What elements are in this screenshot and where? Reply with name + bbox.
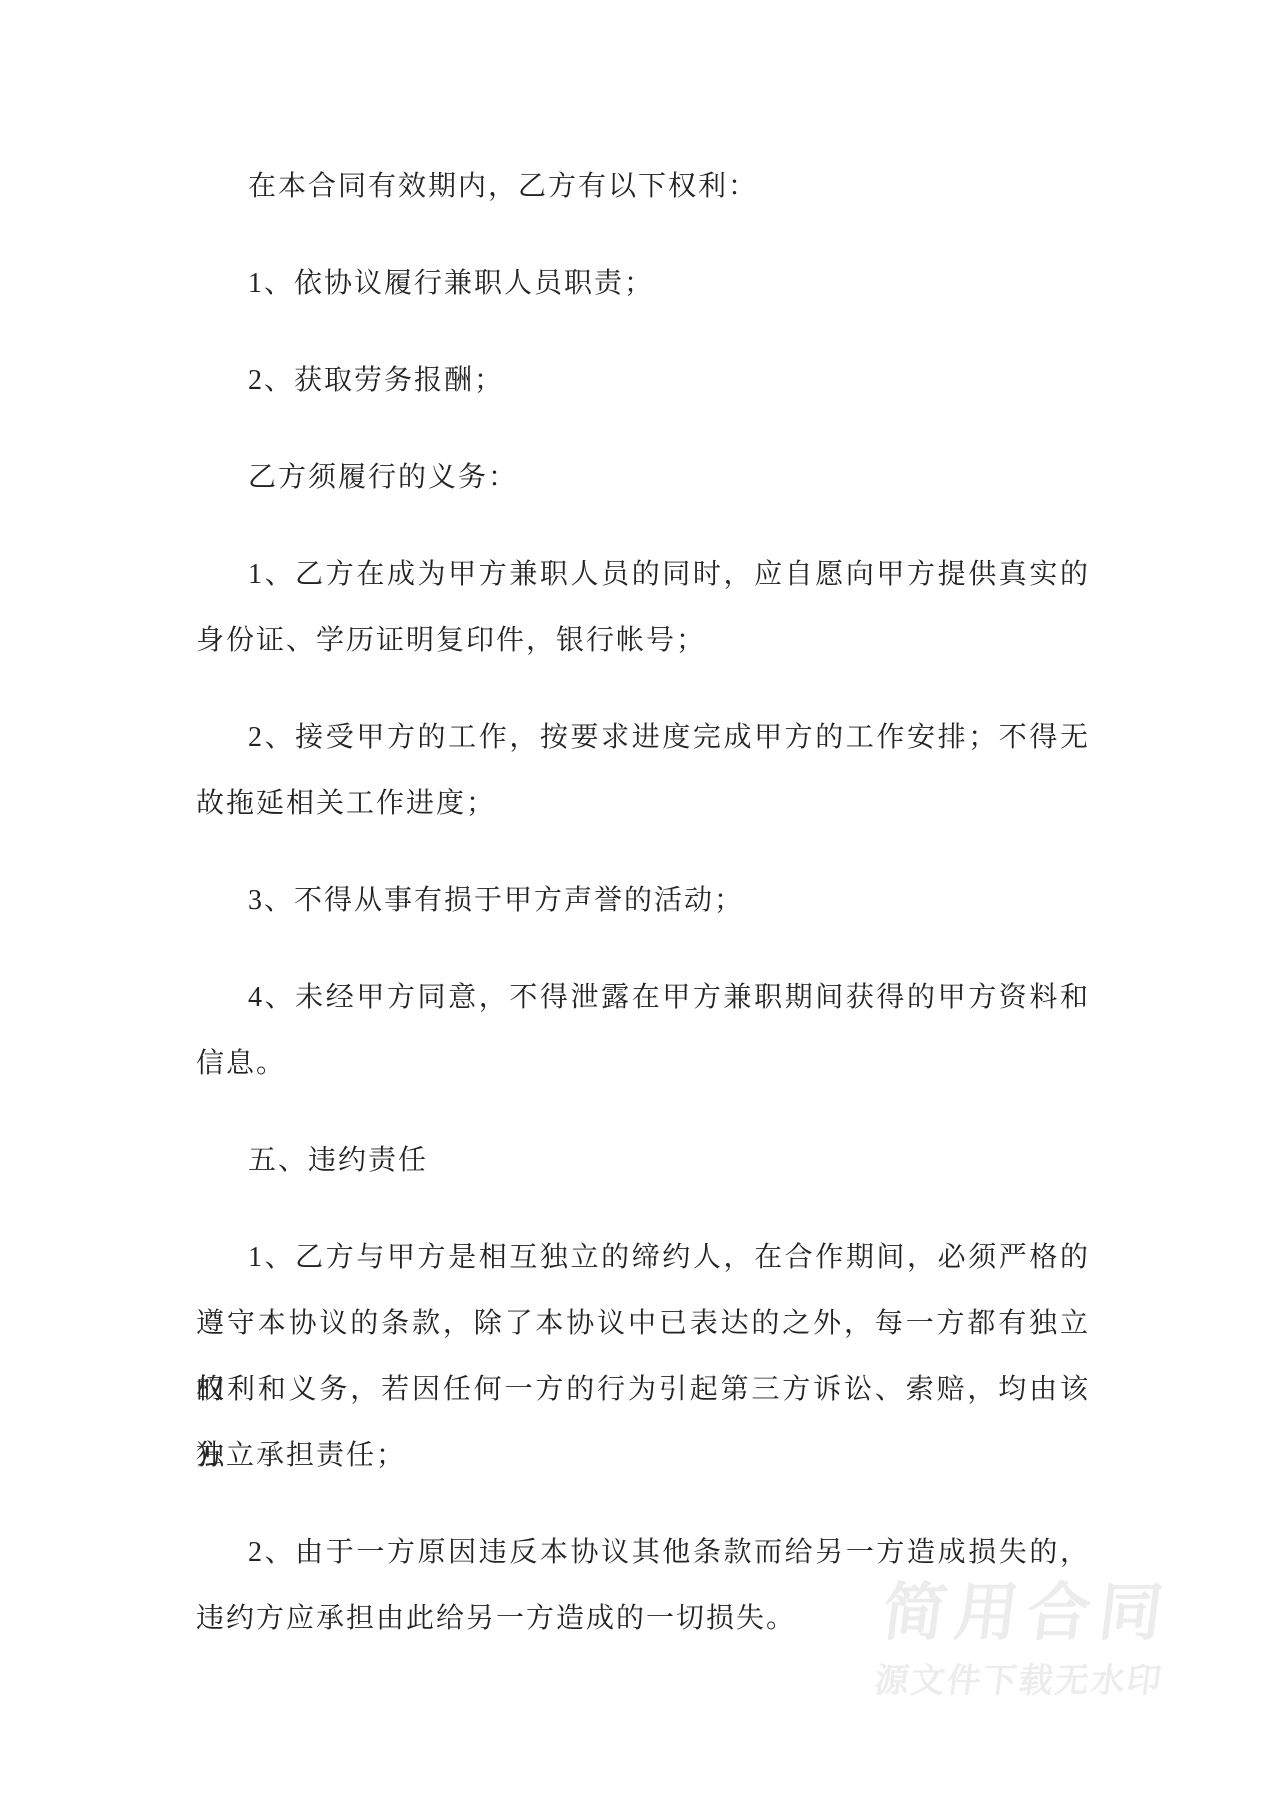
paragraph: 1、乙方在成为甲方兼职人员的同时，应自愿向甲方提供真实的 身份证、学历证明复印件… — [196, 542, 1090, 674]
paragraph-line: 身份证、学历证明复印件，银行帐号； — [196, 608, 1090, 674]
paragraph: 2、获取劳务报酬； — [196, 348, 1090, 414]
paragraph-line: 信息。 — [196, 1031, 1090, 1097]
watermark-tagline-text: 源文件下载无水印 — [873, 1662, 1166, 1700]
paragraph-line: 1、乙方在成为甲方兼职人员的同时，应自愿向甲方提供真实的 — [196, 542, 1090, 608]
paragraph-line: 独立承担责任； — [196, 1423, 1090, 1489]
paragraph-line: 故拖延相关工作进度； — [196, 771, 1090, 837]
paragraph: 在本合同有效期内，乙方有以下权利： — [196, 154, 1090, 220]
paragraph-line: 乙方须履行的义务： — [196, 445, 1090, 511]
contract-body: 在本合同有效期内，乙方有以下权利： 1、依协议履行兼职人员职责； 2、获取劳务报… — [196, 154, 1090, 1683]
paragraph-line: 在本合同有效期内，乙方有以下权利： — [196, 154, 1090, 220]
paragraph-line: 3、不得从事有损于甲方声誉的活动； — [196, 868, 1090, 934]
paragraph-line: 1、依协议履行兼职人员职责； — [196, 251, 1090, 317]
paragraph: 1、依协议履行兼职人员职责； — [196, 251, 1090, 317]
paragraph-line: 2、由于一方原因违反本协议其他条款而给另一方造成损失的， — [196, 1520, 1090, 1586]
paragraph-line: 2、接受甲方的工作，按要求进度完成甲方的工作安排；不得无 — [196, 705, 1090, 771]
paragraph: 1、乙方与甲方是相互独立的缔约人，在合作期间，必须严格的 遵守本协议的条款，除了… — [196, 1225, 1090, 1489]
paragraph: 4、未经甲方同意，不得泄露在甲方兼职期间获得的甲方资料和 信息。 — [196, 965, 1090, 1097]
paragraph-line: 2、获取劳务报酬； — [196, 348, 1090, 414]
document-page: 在本合同有效期内，乙方有以下权利： 1、依协议履行兼职人员职责； 2、获取劳务报… — [0, 0, 1280, 1810]
watermark: 简用合同 源文件下载无水印 — [873, 1578, 1176, 1700]
paragraph-line: 权利和义务，若因任何一方的行为引起第三方诉讼、索赔，均由该方 — [196, 1357, 1090, 1423]
section-heading: 五、违约责任 — [196, 1128, 1090, 1194]
paragraph: 乙方须履行的义务： — [196, 445, 1090, 511]
paragraph: 3、不得从事有损于甲方声誉的活动； — [196, 868, 1090, 934]
watermark-brand-text: 简用合同 — [879, 1578, 1176, 1648]
paragraph-line: 五、违约责任 — [196, 1128, 1090, 1194]
paragraph-line: 遵守本协议的条款，除了本协议中已表达的之外，每一方都有独立的 — [196, 1291, 1090, 1357]
paragraph-line: 4、未经甲方同意，不得泄露在甲方兼职期间获得的甲方资料和 — [196, 965, 1090, 1031]
paragraph-line: 1、乙方与甲方是相互独立的缔约人，在合作期间，必须严格的 — [196, 1225, 1090, 1291]
paragraph: 2、接受甲方的工作，按要求进度完成甲方的工作安排；不得无 故拖延相关工作进度； — [196, 705, 1090, 837]
